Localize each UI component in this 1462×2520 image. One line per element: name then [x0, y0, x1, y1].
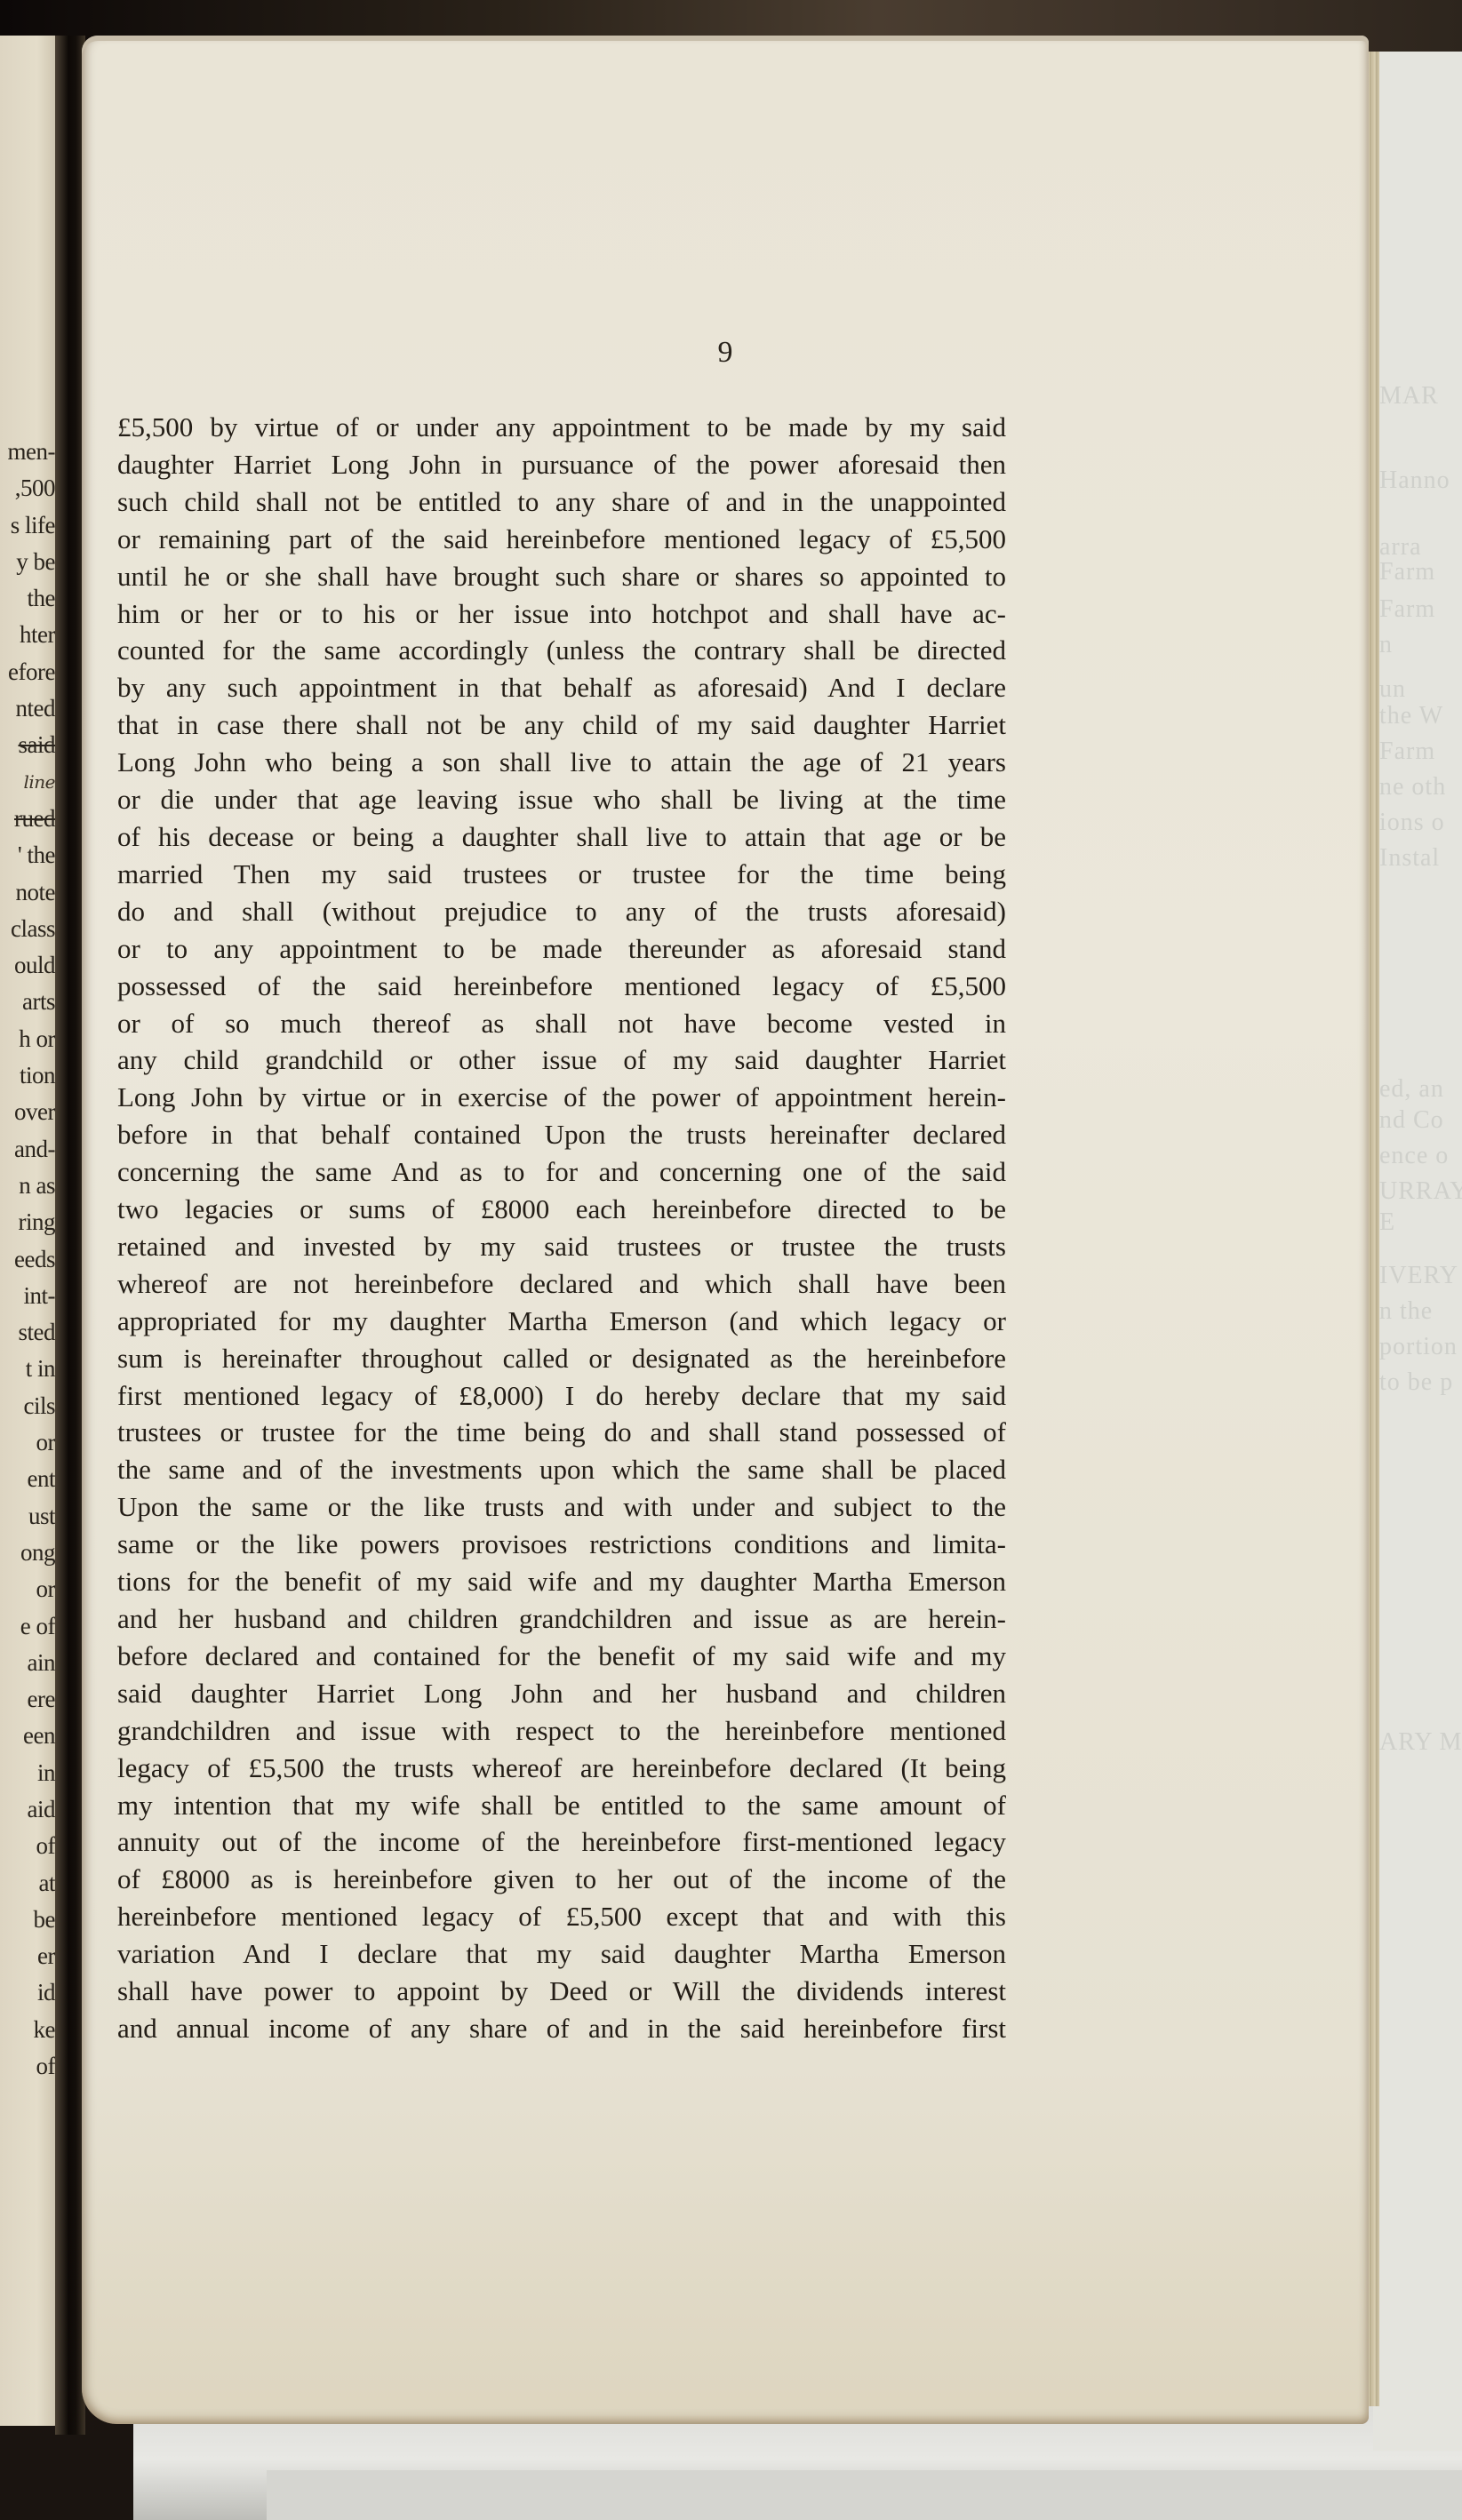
text-line: concerning the same And as to for and co… — [117, 1153, 1006, 1191]
text-line: tions for the benefit of my said wife an… — [117, 1563, 1006, 1600]
margin-fragment: h or — [0, 1021, 55, 1057]
text-line: him or her or to his or her issue into h… — [117, 595, 1006, 633]
margin-fragment: ring — [0, 1204, 55, 1240]
margin-fragment: or — [0, 1571, 55, 1607]
margin-fragment: n as — [0, 1168, 55, 1204]
margin-fragment: men- — [0, 434, 55, 470]
text-line: annuity out of the income of the hereinb… — [117, 1823, 1006, 1861]
margin-fragment: nted — [0, 690, 55, 727]
text-line: my intention that my wife shall be entit… — [117, 1787, 1006, 1824]
margin-fragment: hter — [0, 617, 55, 653]
text-line: daughter Harriet Long John in pursuance … — [117, 446, 1006, 483]
margin-fragment: sted — [0, 1314, 55, 1351]
ghost-fragment: IVERY — [1379, 1262, 1462, 1290]
margin-fragment: ain — [0, 1645, 55, 1681]
ghost-fragment: the W — [1379, 702, 1462, 730]
margin-fragment: ' the — [0, 837, 55, 873]
ghost-fragment: to be p — [1379, 1368, 1462, 1397]
margin-fragment: tion — [0, 1057, 55, 1094]
margin-fragment: t in — [0, 1351, 55, 1387]
margin-fragment: ent — [0, 1461, 55, 1497]
margin-fragment: cils — [0, 1388, 55, 1424]
ghost-fragment: URRAY — [1379, 1177, 1462, 1206]
text-line: first mentioned legacy of £8,000) I do h… — [117, 1377, 1006, 1415]
margin-fragment: arts — [0, 984, 55, 1020]
next-page — [1373, 52, 1462, 2451]
text-line: £5,500 by virtue of or under any appoint… — [117, 409, 1006, 446]
margin-fragment: or — [0, 1424, 55, 1461]
text-line: do and shall (without prejudice to any o… — [117, 893, 1006, 930]
margin-fragment: at — [0, 1865, 55, 1902]
margin-fragment: ould — [0, 947, 55, 984]
text-line: hereinbefore mentioned legacy of £5,500 … — [117, 1898, 1006, 1935]
text-line: such child shall not be entitled to any … — [117, 483, 1006, 521]
text-line: same or the like powers provisoes restri… — [117, 1526, 1006, 1563]
ghost-fragment: Farm — [1379, 595, 1462, 624]
margin-fragment: in — [0, 1755, 55, 1791]
margin-fragment: een — [0, 1718, 55, 1754]
margin-fragment: y be — [0, 544, 55, 580]
text-line: possessed of the said hereinbefore menti… — [117, 968, 1006, 1005]
margin-fragment: rued — [0, 801, 55, 837]
margin-fragment: ,500 — [0, 470, 55, 506]
margin-fragment: efore — [0, 654, 55, 690]
text-line: retained and invested by my said trustee… — [117, 1228, 1006, 1265]
margin-fragment: e of — [0, 1608, 55, 1645]
text-line: by any such appointment in that behalf a… — [117, 669, 1006, 706]
margin-fragment: ong — [0, 1535, 55, 1571]
ghost-fragment: E — [1379, 1208, 1462, 1237]
text-line: counted for the same accordingly (unless… — [117, 632, 1006, 669]
margin-fragment: s life — [0, 507, 55, 544]
text-line: before declared and contained for the be… — [117, 1638, 1006, 1675]
text-line: or to any appointment to be made thereun… — [117, 930, 1006, 968]
margin-fragment: of — [0, 2048, 55, 2085]
text-line: any child grandchild or other issue of m… — [117, 1041, 1006, 1079]
text-line: Long John by virtue or in exercise of th… — [117, 1079, 1006, 1116]
margin-fragment: over — [0, 1094, 55, 1130]
margin-fragment: and- — [0, 1131, 55, 1168]
ghost-fragment: ne oth — [1379, 773, 1462, 801]
margin-fragment: class — [0, 911, 55, 947]
margin-fragment: the — [0, 580, 55, 617]
margin-fragment: eeds — [0, 1241, 55, 1278]
text-line: sum is hereinafter throughout called or … — [117, 1340, 1006, 1377]
text-line: or die under that age leaving issue who … — [117, 781, 1006, 818]
ghost-fragment: ence o — [1379, 1142, 1462, 1170]
text-line: variation And I declare that my said dau… — [117, 1935, 1006, 1973]
margin-fragment: ust — [0, 1498, 55, 1535]
margin-fragment: aid — [0, 1791, 55, 1828]
text-line: grandchildren and issue with respect to … — [117, 1712, 1006, 1750]
text-line: two legacies or sums of £8000 each herei… — [117, 1191, 1006, 1228]
text-line: that in case there shall not be any chil… — [117, 706, 1006, 744]
margin-fragment: ke — [0, 2012, 55, 2048]
margin-fragment: of — [0, 1828, 55, 1864]
margin-fragment: note — [0, 874, 55, 911]
ghost-fragment: nd Co — [1379, 1106, 1462, 1135]
ghost-fragment: Farm — [1379, 738, 1462, 766]
ghost-fragment: un — [1379, 675, 1462, 704]
ghost-fragment: Hanno — [1379, 467, 1462, 495]
margin-fragment: line — [0, 764, 55, 801]
previous-page: men-,500s lifey bethehtereforentedsaidli… — [0, 36, 62, 2426]
text-line: before in that behalf contained Upon the… — [117, 1116, 1006, 1153]
text-line: trustees or trustee for the time being d… — [117, 1414, 1006, 1451]
ghost-fragment: portion — [1379, 1333, 1462, 1361]
text-line: of his decease or being a daughter shall… — [117, 818, 1006, 856]
text-line: Long John who being a son shall live to … — [117, 744, 1006, 781]
ghost-fragment: ed, an — [1379, 1075, 1462, 1104]
margin-fragment: said — [0, 727, 55, 763]
text-line: and annual income of any share of and in… — [117, 2010, 1006, 2047]
ghost-fragment: MAR — [1379, 382, 1462, 411]
ghost-fragment: ARY M — [1379, 1728, 1462, 1757]
underlying-pages-lower — [267, 2470, 1462, 2520]
page-number: 9 — [82, 336, 1369, 370]
ghost-fragment: ions o — [1379, 809, 1462, 837]
book-gutter — [55, 36, 85, 2435]
text-line: Upon the same or the like trusts and wit… — [117, 1488, 1006, 1526]
text-line: the same and of the investments upon whi… — [117, 1451, 1006, 1488]
text-line: appropriated for my daughter Martha Emer… — [117, 1303, 1006, 1340]
margin-fragment: id — [0, 1974, 55, 2011]
text-line: or of so much thereof as shall not have … — [117, 1005, 1006, 1042]
text-line: of £8000 as is hereinbefore given to her… — [117, 1861, 1006, 1898]
margin-fragment: int- — [0, 1278, 55, 1314]
text-line: shall have power to appoint by Deed or W… — [117, 1973, 1006, 2010]
margin-fragment: ere — [0, 1681, 55, 1718]
text-line: whereof are not hereinbefore declared an… — [117, 1265, 1006, 1303]
text-line: married Then my said trustees or trustee… — [117, 856, 1006, 893]
text-line: and her husband and children grandchildr… — [117, 1600, 1006, 1638]
margin-fragment: er — [0, 1938, 55, 1974]
text-line: until he or she shall have brought such … — [117, 558, 1006, 595]
ghost-fragment: Farm — [1379, 558, 1462, 586]
text-line: or remaining part of the said hereinbefo… — [117, 521, 1006, 558]
margin-fragment: be — [0, 1902, 55, 1938]
document-body: £5,500 by virtue of or under any appoint… — [117, 409, 1006, 2047]
document-page: 9 £5,500 by virtue of or under any appoi… — [82, 36, 1369, 2424]
text-line: legacy of £5,500 the trusts whereof are … — [117, 1750, 1006, 1787]
previous-page-margin-text: men-,500s lifey bethehtereforentedsaidli… — [0, 434, 55, 2085]
ghost-fragment: Instal — [1379, 844, 1462, 873]
ghost-fragment: n the — [1379, 1297, 1462, 1326]
text-line: said daughter Harriet Long John and her … — [117, 1675, 1006, 1712]
ghost-fragment: n — [1379, 631, 1462, 659]
